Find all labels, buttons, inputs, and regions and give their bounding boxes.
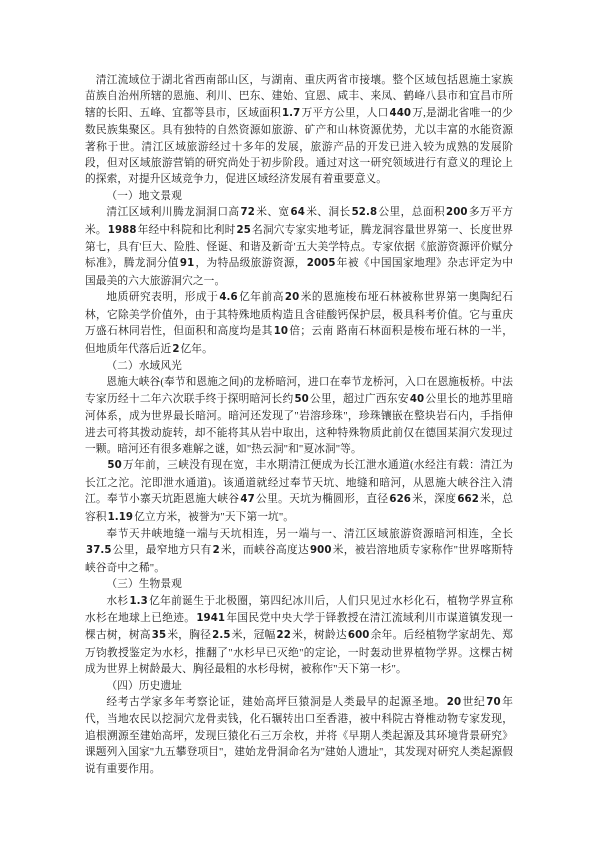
paragraph-metasequoia: 水杉1.3亿年前诞生于北极圈，第四纪冰川后，人们只见过水杉化石，植物学界宣称水杉… (85, 593, 513, 678)
paragraph-dark-river: 恩施大峡谷(奉节和恩施之间)的龙桥暗河，进口在奉节龙桥河，入口在恩施板桥。中法专… (85, 374, 513, 457)
paragraph-ground-fissure: 奉节天井峡地缝一端与天坑相连，另一端与一、清江区域旅游资源暗河相连，全长37.5… (85, 526, 513, 576)
section-heading-water: （二）水域风光 (85, 358, 513, 374)
document-page: 清江流域位于湖北省西南部山区，与湖南、重庆两省市接壤。整个区域包括恩施土家族苗族… (0, 0, 595, 842)
paragraph-ape-cave: 经考古学家多年考察论证，建始高坪巨猿洞是人类最早的起源圣地。20世纪70年代，当… (85, 694, 513, 777)
section-heading-history: （四）历史遗址 (85, 678, 513, 694)
section-heading-biology: （三）生物景观 (85, 576, 513, 592)
paragraph-tenglong-cave: 清江区域利川腾龙洞洞口高72米、宽64米、洞长52.8公里，总面积200多万平方… (85, 204, 513, 289)
document-body: 清江流域位于湖北省西南部山区，与湖南、重庆两省市接壤。整个区域包括恩施土家族苗族… (85, 72, 513, 777)
paragraph-stone-forest: 地质研究表明，形成于4.6亿年前高20米的恩施梭布垭石林被称世界第一奥陶纪石林，… (85, 289, 513, 358)
section-heading-geography: （一）地文景观 (85, 188, 513, 204)
paragraph-intro: 清江流域位于湖北省西南部山区，与湖南、重庆两省市接壤。整个区域包括恩施土家族苗族… (85, 72, 513, 188)
paragraph-tiankeng: 50万年前，三峡没有现在宽，丰水期清江便成为长江泄水通道(水经注有载：清江为长江… (85, 457, 513, 526)
